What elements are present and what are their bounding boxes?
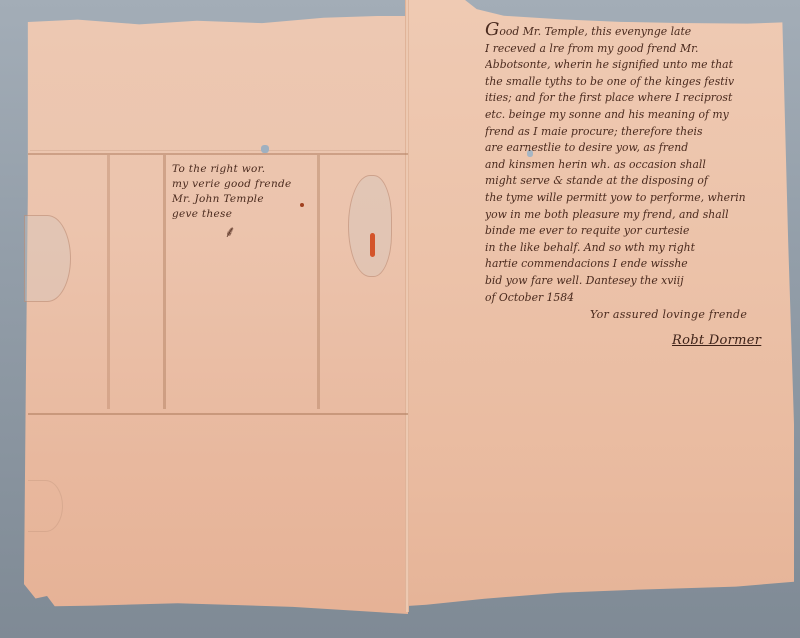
letter-line: Good Mr. Temple, this evenynge late bbox=[485, 22, 785, 41]
address-line-1: To the right wor. bbox=[172, 162, 312, 177]
vertical-fold-3 bbox=[317, 155, 320, 409]
letter-line: the tyme wille permitt yow to performe, … bbox=[485, 190, 785, 207]
letter-line: might serve & stande at the disposing of bbox=[485, 173, 785, 190]
vertical-fold-2 bbox=[163, 155, 166, 409]
letter-line: in the like behalf. And so wth my right bbox=[485, 240, 785, 257]
address-line-3: Mr. John Temple bbox=[172, 192, 312, 207]
letter-line: bid yow fare well. Dantesey the xviij bbox=[485, 273, 785, 290]
letter-line: ities; and for the first place where I r… bbox=[485, 90, 785, 107]
letter-line: yow in me both pleasure my frend, and sh… bbox=[485, 207, 785, 224]
letter-line: are earnestlie to desire yow, as frend bbox=[485, 140, 785, 157]
water-stain-right bbox=[348, 175, 392, 277]
watermark bbox=[28, 480, 63, 532]
address-line-4: geve these bbox=[172, 207, 312, 222]
letter-line: and kinsmen herin wh. as occasion shall bbox=[485, 157, 785, 174]
crease-line bbox=[30, 60, 400, 151]
letter-closing: Yor assured lovinge frende bbox=[590, 308, 747, 321]
tear-hole-left bbox=[261, 145, 269, 153]
seal-wax-remnant bbox=[370, 233, 375, 257]
signature: Robt Dormer bbox=[672, 333, 761, 348]
letter-line-date: of October 1584 bbox=[485, 290, 785, 307]
address-line-2: my verie good frende bbox=[172, 177, 312, 192]
water-stain-left bbox=[24, 215, 71, 302]
vertical-fold-1 bbox=[107, 155, 110, 409]
manuscript-sheet: To the right wor. my verie good frende M… bbox=[0, 0, 800, 638]
letter-line: the smalle tyths to be one of the kinges… bbox=[485, 74, 785, 91]
letter-line: frend as I maie procure; therefore theis bbox=[485, 124, 785, 141]
letter-line: hartie commendacions I ende wisshe bbox=[485, 256, 785, 273]
letter-line: binde me ever to requite yor curtesie bbox=[485, 223, 785, 240]
letter-line: I receved a lre from my good frend Mr. bbox=[485, 41, 785, 58]
letter-body: Good Mr. Temple, this evenynge late I re… bbox=[485, 22, 785, 306]
flourish-icon: ⸙ bbox=[224, 222, 312, 242]
letter-line: Abbotsonte, wherin he signified unto me … bbox=[485, 57, 785, 74]
letter-line: etc. beinge my sonne and his meaning of … bbox=[485, 107, 785, 124]
address-block: To the right wor. my verie good frende M… bbox=[172, 162, 312, 242]
